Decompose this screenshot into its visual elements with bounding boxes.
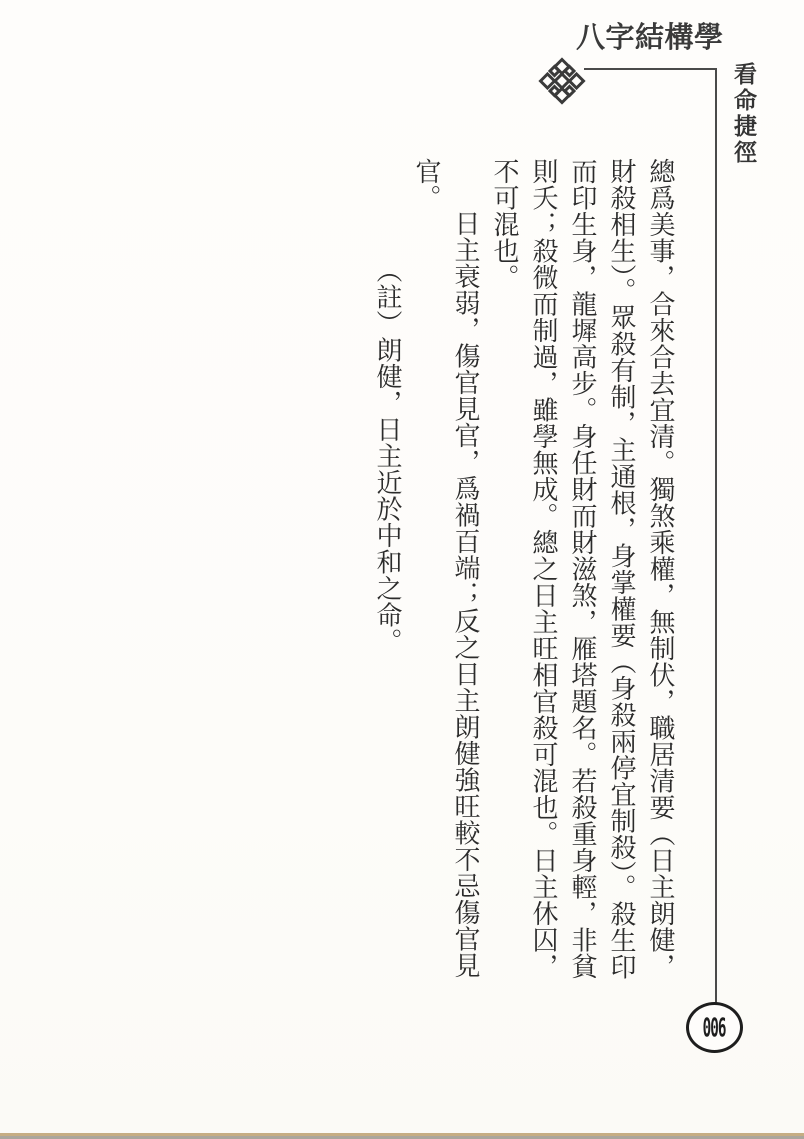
chapter-side-title: 看命捷徑	[727, 62, 761, 166]
book-title: 八字結構學	[576, 22, 724, 54]
page-number: 006	[703, 1012, 726, 1043]
paragraph: 日主衰弱，傷官見官，爲禍百端；反之日主朗健強旺較不忌傷官見官。	[407, 158, 485, 994]
note-paragraph: （註）朗健，日主近於中和之命。	[368, 158, 407, 994]
page-number-badge: 006	[686, 1002, 743, 1053]
scanned-book-page: 八字結構學 看命捷徑 總爲美事，合來合去宜清。獨煞乘權，無制伏，職居清要（日主朗…	[0, 0, 804, 1139]
margin-vertical-rule	[715, 68, 717, 1003]
header-horizontal-rule	[584, 68, 717, 70]
paragraph: 總爲美事，合來合去宜清。獨煞乘權，無制伏，職居清要（日主朗健，財殺相生）。眾殺有…	[485, 158, 680, 994]
main-text-block: 總爲美事，合來合去宜清。獨煞乘權，無制伏，職居清要（日主朗健，財殺相生）。眾殺有…	[350, 158, 680, 994]
endless-knot-icon	[538, 57, 586, 110]
